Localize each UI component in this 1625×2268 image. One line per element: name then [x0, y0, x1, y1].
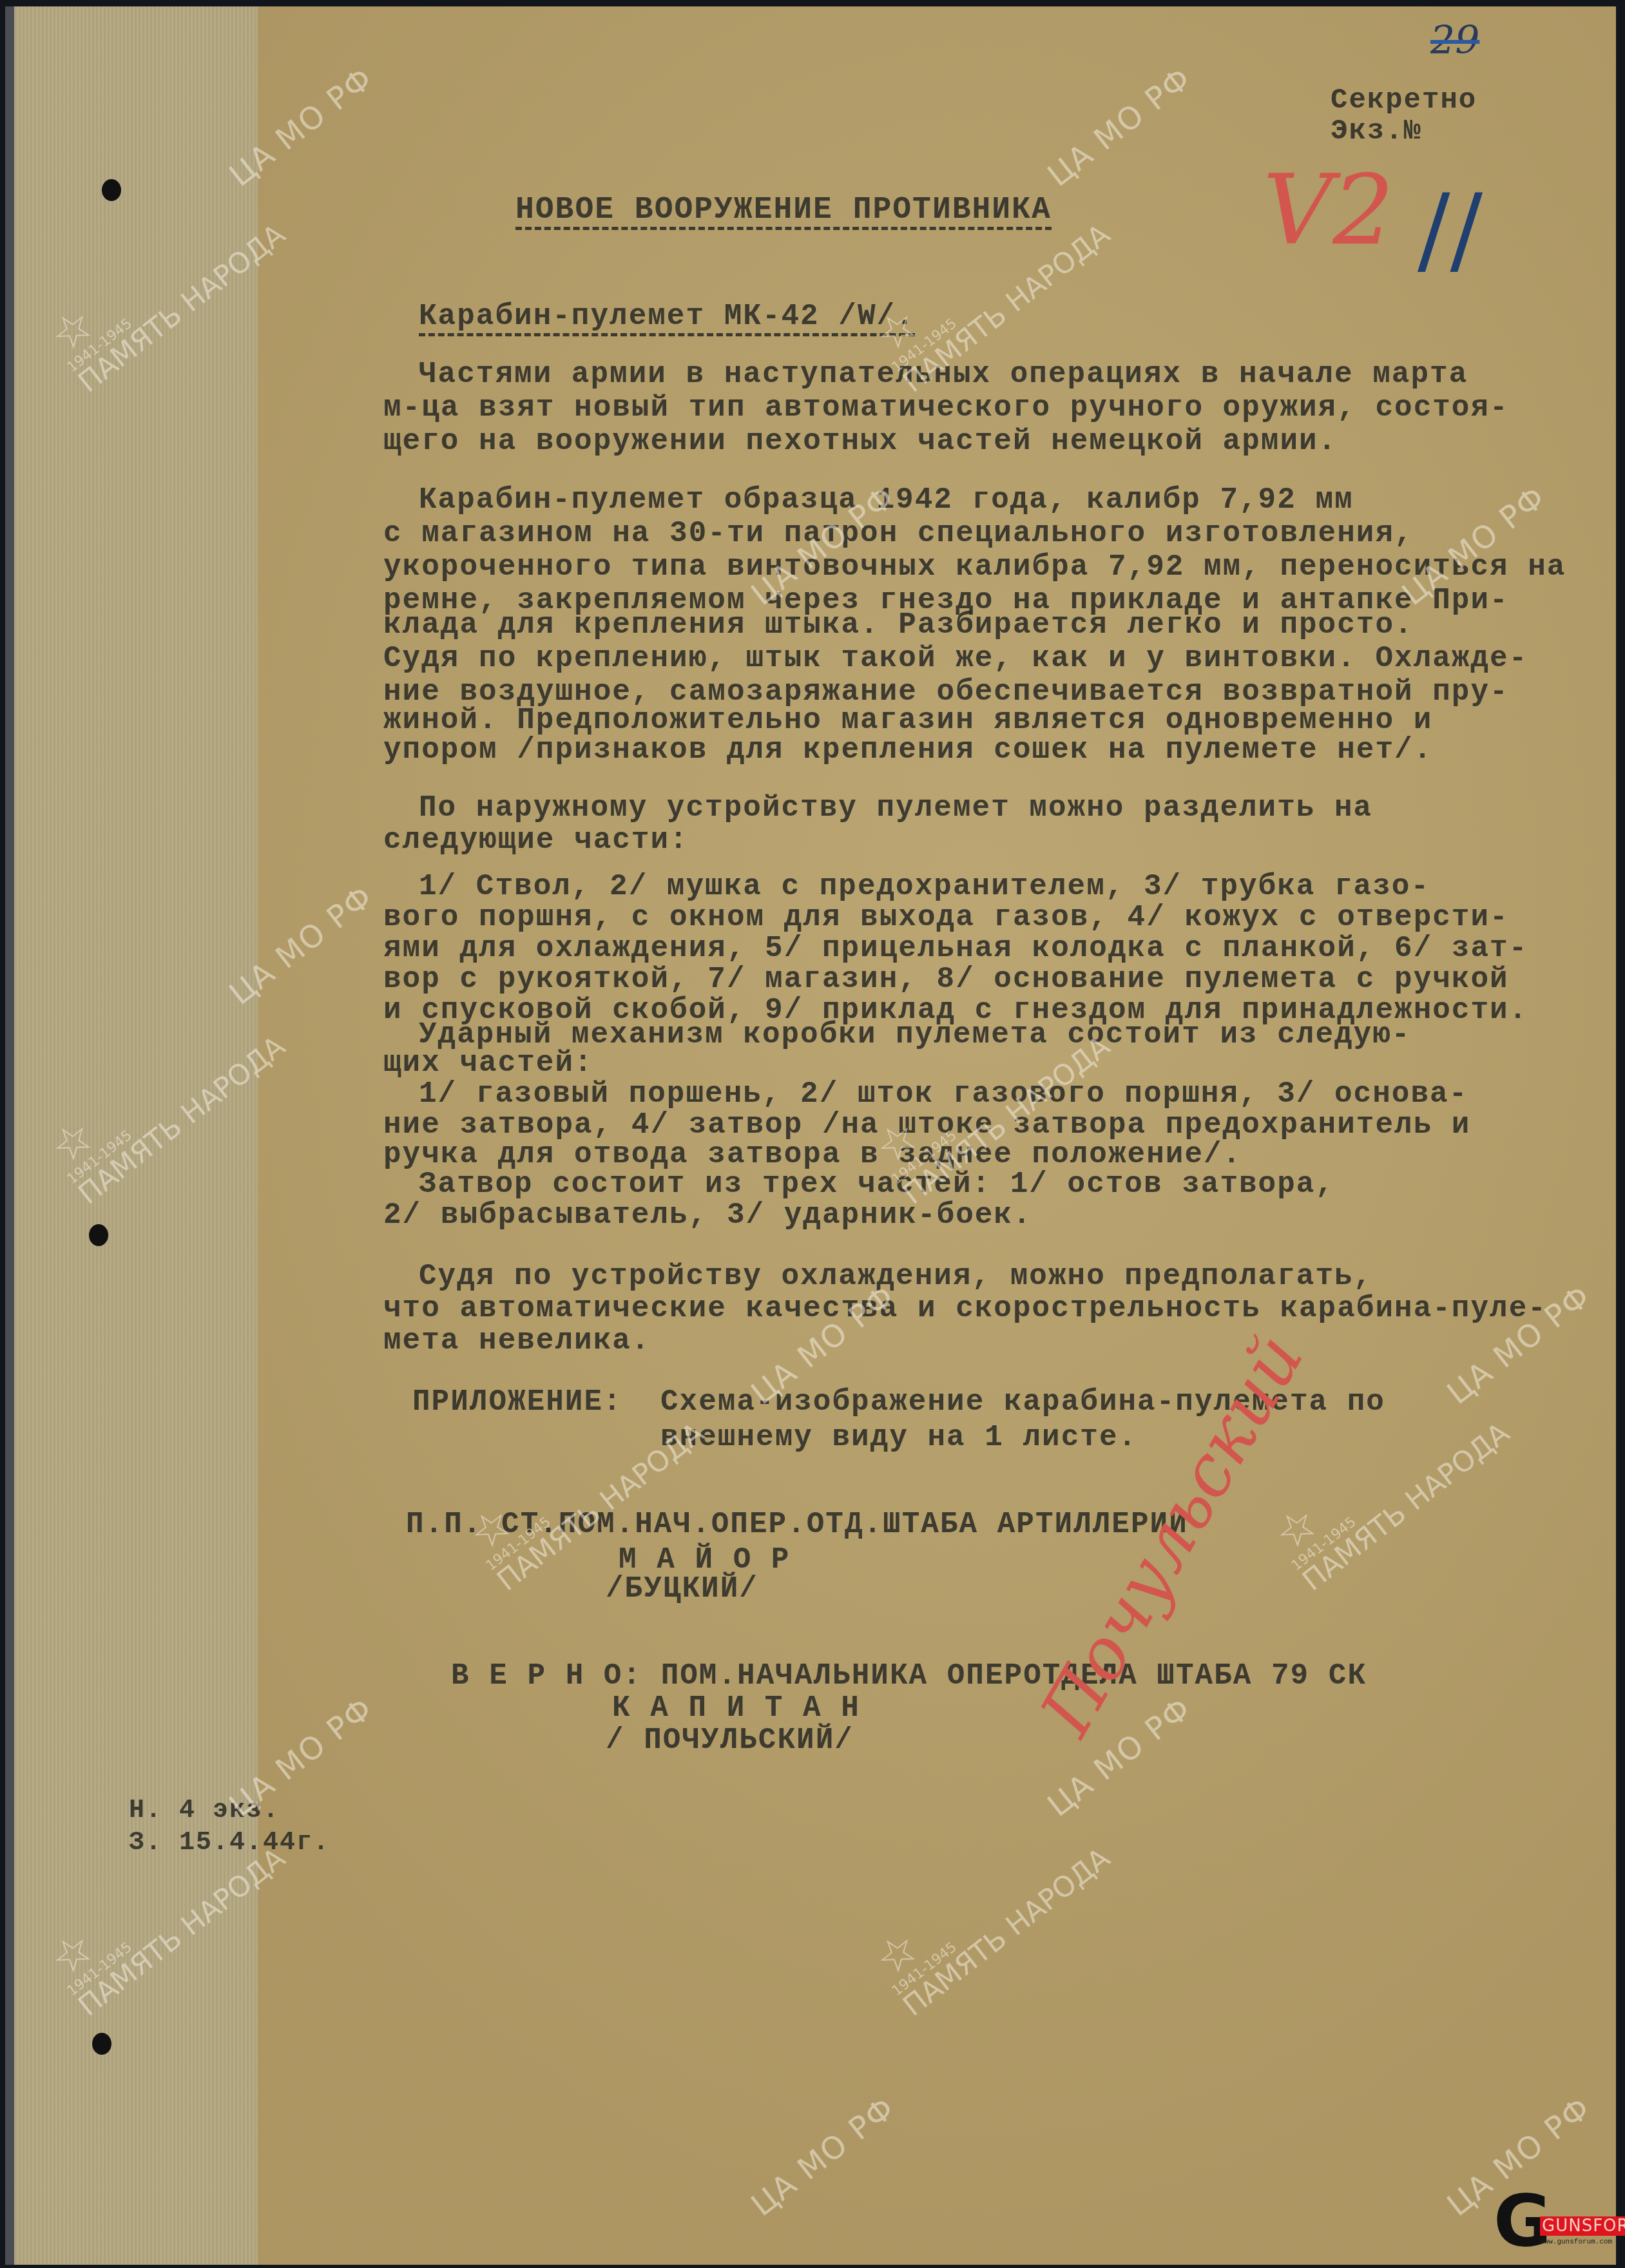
text-line: 2/ выбрасыватель, 3/ ударник-боек.: [383, 1198, 1032, 1232]
text-line: жиной. Предположительно магазин является…: [383, 704, 1432, 737]
text-line: с магазином на 30-ти патрон специального…: [383, 517, 1414, 550]
punch-hole: [92, 2033, 111, 2055]
text-line: следующие части:: [383, 823, 689, 857]
text-line: укороченного типа винтовочных калибра 7,…: [383, 550, 1566, 584]
punch-hole: [89, 1224, 108, 1246]
document-scan: 29 Секретно Экз.№ V2 // НОВОЕ ВООРУЖЕНИЕ…: [5, 6, 1616, 2265]
binding-strip: [5, 6, 258, 2265]
attachment-line: внешнему виду на 1 листе.: [660, 1421, 1137, 1454]
blue-pencil-mark: //: [1418, 174, 1483, 286]
text-line: клада для крепления штыка. Разбирается л…: [383, 608, 1414, 642]
text-line: ручка для отвода затвора в заднее положе…: [383, 1138, 1242, 1171]
text-line: По наружному устройству пулемет можно ра…: [419, 791, 1372, 825]
text-line: Частями армии в наступательных операциях…: [419, 358, 1468, 391]
text-line: м-ца взят новый тип автоматического ручн…: [383, 391, 1509, 425]
text-line: Судя по устройству охлаждения, можно пре…: [419, 1260, 1372, 1293]
text-line: ние затвора, 4/ затвор /на штоке затвора…: [383, 1108, 1470, 1142]
text-line: Карабин-пулемет образца 1942 года, калиб…: [419, 483, 1354, 517]
document-title: НОВОЕ ВООРУЖЕНИЕ ПРОТИВНИКА: [515, 193, 1052, 230]
copy-number-label: Экз.№: [1331, 115, 1422, 148]
text-line: что автоматические качества и скорострел…: [383, 1292, 1547, 1325]
certifier-name: / ПОЧУЛЬСКИЙ/: [606, 1724, 854, 1757]
text-line: 1/ Ствол, 2/ мушка с предохранителем, 3/…: [419, 870, 1430, 903]
classification-stamp: Секретно: [1331, 84, 1477, 117]
text-line: вого поршня, с окном для выхода газов, 4…: [383, 901, 1509, 934]
scan-edge: [5, 6, 14, 2265]
logo-brand: GUNSFORUM: [1540, 2216, 1625, 2236]
text-line: ями для охлаждения, 5/ прицельная колодк…: [383, 932, 1528, 965]
text-line: щего на вооружении пехотных частей немец…: [383, 425, 1337, 458]
date-note: З. 15.4.44г.: [129, 1827, 330, 1860]
gunsforum-logo: G GUNSFORUM www.gunsforum.com: [1481, 2186, 1616, 2256]
punch-hole: [102, 179, 121, 201]
text-line: мета невелика.: [383, 1324, 650, 1358]
signatory-name: /БУЦКИЙ/: [606, 1572, 758, 1606]
certifier-position: В Е Р Н О: ПОМ.НАЧАЛЬНИКА ОПЕРОТДЕЛА ШТА…: [451, 1659, 1367, 1693]
document-subtitle: Карабин-пулемет МК-42 /W/.: [419, 300, 915, 336]
logo-url: www.gunsforum.com: [1540, 2238, 1612, 2246]
text-line: Затвор состоит из трех частей: 1/ остов …: [419, 1168, 1334, 1201]
sheet-number: 29: [1430, 18, 1479, 63]
text-line: вор с рукояткой, 7/ магазин, 8/ основани…: [383, 963, 1509, 996]
text-line: 1/ газовый поршень, 2/ шток газового пор…: [419, 1077, 1468, 1111]
attachment-label: ПРИЛОЖЕНИЕ:: [412, 1385, 622, 1419]
certifier-rank: К А П И Т А Н: [612, 1691, 860, 1725]
text-line: щих частей:: [383, 1046, 593, 1080]
red-pencil-mark: V2: [1263, 155, 1394, 267]
copies-note: Н. 4 экз.: [129, 1794, 280, 1828]
text-line: Судя по креплению, штык такой же, как и …: [383, 642, 1528, 675]
text-line: упором /признаков для крепления сошек на…: [383, 733, 1432, 767]
document-page: 29 Секретно Экз.№ V2 // НОВОЕ ВООРУЖЕНИЕ…: [258, 6, 1616, 2265]
signatory-position: П.П. СТ.ПОМ.НАЧ.ОПЕР.ОТД.ШТАБА АРТИЛЛЕРИ…: [406, 1508, 1188, 1541]
